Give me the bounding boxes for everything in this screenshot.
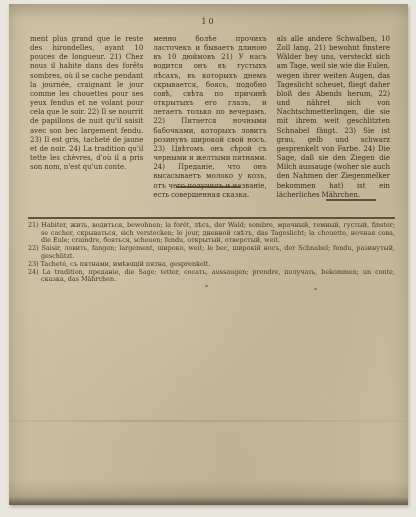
footnote-22: 22) Saisir, ловить, fangen; largement, ш…	[28, 245, 395, 260]
footnote-21: 21) Habiter, жить, водиться, bewohnen; l…	[28, 222, 395, 245]
paper-speck	[205, 285, 208, 287]
book-page: 10 ment plus grand que le reste des hiro…	[9, 4, 408, 505]
paper-speck	[314, 288, 317, 290]
paper-fold-line	[9, 420, 408, 422]
section-divider-right-column	[326, 199, 376, 201]
page-bottom-edge-shadow	[9, 497, 408, 505]
column-german: als alle andere Schwalben, 10 Zoll lang,…	[277, 35, 390, 200]
column-russian: менно болѣе прочихъ ласточекъ и бываетъ …	[153, 35, 266, 200]
page-number: 10	[9, 17, 408, 26]
scanned-book-page: 10 ment plus grand que le reste des hiro…	[0, 0, 416, 517]
footnotes-block: 21) Habiter, жить, водиться, bewohnen; l…	[28, 222, 395, 284]
footnote-24: 24) La tradition, преданіе, die Sage; te…	[28, 269, 395, 284]
section-divider-middle-column	[176, 186, 240, 188]
text-columns: ment plus grand que le reste des hironde…	[30, 35, 390, 200]
column-french: ment plus grand que le reste des hironde…	[30, 35, 143, 200]
footnote-divider-rule	[28, 217, 395, 219]
